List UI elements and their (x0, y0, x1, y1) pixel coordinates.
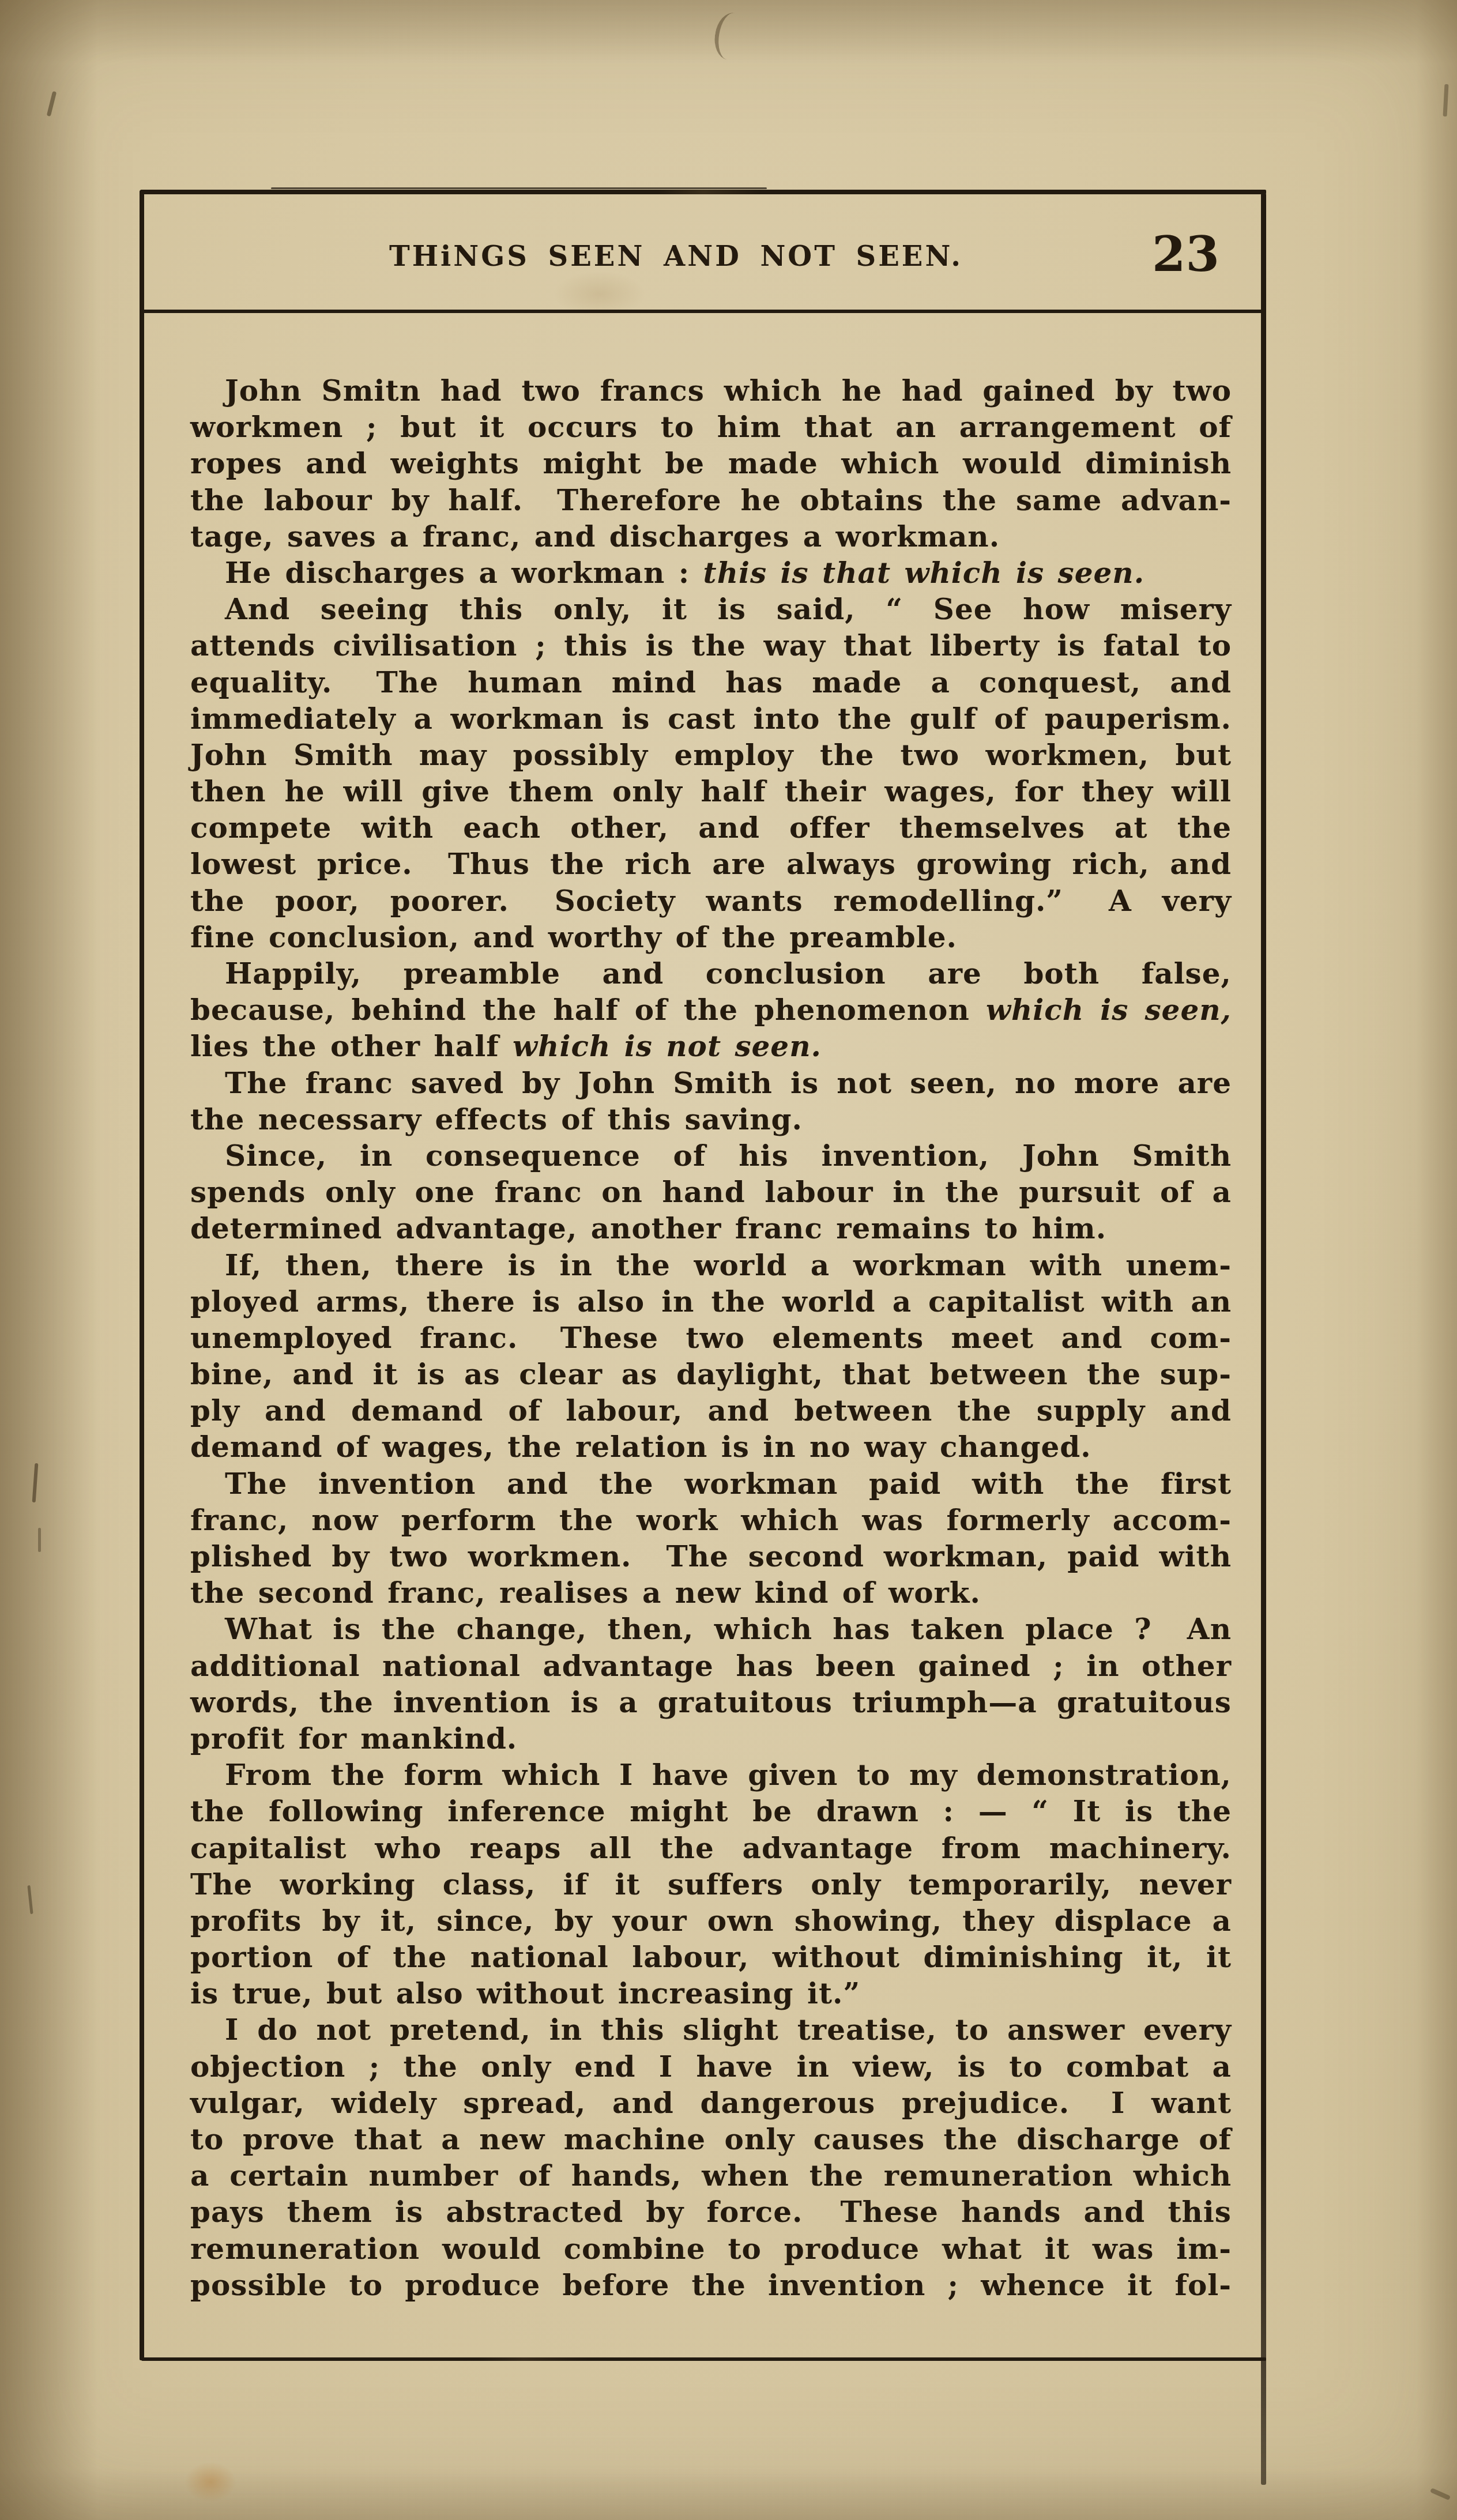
text-line: fine conclusion, and worthy of the pream… (190, 919, 1232, 955)
text-line: determined advantage, another franc rema… (190, 1210, 1232, 1246)
text-line: ployed arms, there is also in the world … (190, 1283, 1232, 1320)
text-segment: portion of the national labour, without … (190, 1940, 1232, 1974)
text-line: the second franc, realises a new kind of… (190, 1574, 1232, 1611)
text-line: the labour by half. Therefore he obtains… (190, 482, 1232, 518)
text-segment: additional national advantage has been g… (190, 1649, 1232, 1683)
text-line: attends civilisation ; this is the way t… (190, 627, 1232, 664)
text-segment: the necessary effects of this saving. (190, 1102, 803, 1136)
text-segment: ply and demand of labour, and between th… (190, 1393, 1232, 1427)
page-number: 23 (1152, 225, 1215, 282)
text-line: the following inference might be drawn :… (190, 1793, 1232, 1829)
text-segment: the second franc, realises a new kind of… (190, 1576, 981, 1610)
text-line: vulgar, widely spread, and dangerous pre… (190, 2085, 1232, 2121)
text-line: From the form which I have given to my d… (190, 1757, 1232, 1793)
text-segment: bine, and it is as clear as daylight, th… (190, 1357, 1232, 1391)
text-segment: capitalist who reaps all the advantage f… (190, 1831, 1232, 1865)
text-line: equality. The human mind has made a conq… (190, 664, 1232, 700)
text-line: lies the other half which is not seen. (190, 1028, 1232, 1064)
text-segment: words, the invention is a gratuitous tri… (190, 1685, 1232, 1719)
text-line: objection ; the only end I have in view,… (190, 2048, 1232, 2085)
scan-edge-shading-left (0, 0, 98, 2520)
text-line: bine, and it is as clear as daylight, th… (190, 1356, 1232, 1392)
text-line: workmen ; but it occurs to him that an a… (190, 409, 1232, 445)
text-segment: The franc saved by John Smith is not see… (225, 1066, 1232, 1100)
running-head-title: THiNGS SEEN AND NOT SEEN. (113, 240, 1239, 273)
right-border-rule (1261, 193, 1266, 2485)
text-segment: franc, now perform the work which was fo… (190, 1503, 1232, 1537)
text-segment: John Smitn had two francs which he had g… (225, 374, 1232, 408)
text-segment: Since, in consequence of his invention, … (225, 1139, 1232, 1173)
scan-artifact (38, 1528, 41, 1552)
text-line: because, behind the half of the phenomen… (190, 992, 1232, 1028)
text-segment: immediately a workman is cast into the g… (190, 702, 1232, 736)
text-segment: What is the change, then, which has take… (225, 1612, 1232, 1646)
scanned-book-page: THiNGS SEEN AND NOT SEEN. 23 John Smitn … (0, 0, 1457, 2520)
text-line: is true, but also without increasing it.… (190, 1975, 1232, 2012)
text-segment: The invention and the workman paid with … (225, 1467, 1232, 1501)
text-segment: then he will give them only half their w… (190, 774, 1232, 808)
text-segment: compete with each other, and offer thems… (190, 811, 1232, 845)
text-line: the necessary effects of this saving. (190, 1101, 1232, 1137)
text-line: to prove that a new machine only causes … (190, 2121, 1232, 2157)
text-block: John Smitn had two francs which he had g… (190, 372, 1232, 2303)
text-segment: is true, but also without increasing it.… (190, 1976, 860, 2010)
text-segment: profits by it, since, by your own showin… (190, 1904, 1232, 1938)
text-line: ply and demand of labour, and between th… (190, 1392, 1232, 1429)
text-segment: because, behind the half of the phenomen… (190, 993, 986, 1027)
text-line: John Smitn had two francs which he had g… (190, 372, 1232, 409)
text-segment: demand of wages, the relation is in no w… (190, 1430, 1091, 1464)
text-segment: spends only one franc on hand labour in … (190, 1175, 1232, 1209)
text-line: then he will give them only half their w… (190, 773, 1232, 809)
text-line: a certain number of hands, when the remu… (190, 2157, 1232, 2194)
text-line: remuneration would combine to produce wh… (190, 2231, 1232, 2267)
text-line: immediately a workman is cast into the g… (190, 700, 1232, 737)
left-border-rule (140, 190, 144, 2360)
text-segment: vulgar, widely spread, and dangerous pre… (190, 2086, 1232, 2120)
text-line: If, then, there is in the world a workma… (190, 1247, 1232, 1283)
text-segment: Happily, preamble and conclusion are bot… (225, 956, 1232, 990)
text-segment: the following inference might be drawn :… (190, 1794, 1232, 1828)
text-line: profits by it, since, by your own showin… (190, 1903, 1232, 1939)
text-segment: From the form which I have given to my d… (225, 1758, 1232, 1792)
text-line: tage, saves a franc, and discharges a wo… (190, 518, 1232, 555)
text-line: And seeing this only, it is said, “ See … (190, 591, 1232, 627)
text-segment: He discharges a workman : (225, 556, 703, 590)
text-segment: determined advantage, another franc rema… (190, 1211, 1106, 1245)
text-line: additional national advantage has been g… (190, 1648, 1232, 1684)
text-line: He discharges a workman : this is that w… (190, 555, 1232, 591)
text-line: compete with each other, and offer thems… (190, 809, 1232, 846)
text-segment: ployed arms, there is also in the world … (190, 1285, 1232, 1319)
text-segment: tage, saves a franc, and discharges a wo… (190, 519, 1000, 553)
scan-artifact (185, 2462, 236, 2502)
text-line: I do not pretend, in this slight treatis… (190, 2012, 1232, 2048)
text-segment: to prove that a new machine only causes … (190, 2122, 1232, 2156)
text-line: portion of the national labour, without … (190, 1939, 1232, 1975)
text-segment: objection ; the only end I have in view,… (190, 2050, 1232, 2084)
text-segment: If, then, there is in the world a workma… (225, 1248, 1232, 1282)
text-line: What is the change, then, which has take… (190, 1611, 1232, 1647)
italic-text-segment: which is seen, (986, 993, 1232, 1027)
scan-edge-shading-right (1417, 0, 1457, 2520)
text-segment: I do not pretend, in this slight treatis… (225, 2013, 1232, 2047)
text-line: Happily, preamble and conclusion are bot… (190, 955, 1232, 992)
text-segment: lowest price. Thus the rich are always g… (190, 847, 1232, 881)
text-segment: equality. The human mind has made a conq… (190, 665, 1232, 699)
text-line: capitalist who reaps all the advantage f… (190, 1830, 1232, 1866)
text-line: spends only one franc on hand labour in … (190, 1174, 1232, 1210)
text-line: lowest price. Thus the rich are always g… (190, 846, 1232, 882)
italic-text-segment: which is not seen. (513, 1029, 822, 1063)
text-line: unemployed franc. These two elements mee… (190, 1320, 1232, 1356)
text-segment: The working class, if it suffers only te… (190, 1867, 1232, 1901)
text-segment: possible to produce before the invention… (190, 2268, 1232, 2302)
text-segment: workmen ; but it occurs to him that an a… (190, 410, 1232, 444)
text-line: The franc saved by John Smith is not see… (190, 1065, 1232, 1101)
text-line: profit for mankind. (190, 1720, 1232, 1757)
text-segment: the poor, poorer. Society wants remodell… (190, 884, 1232, 918)
running-head: THiNGS SEEN AND NOT SEEN. 23 (140, 0, 1266, 323)
text-line: The working class, if it suffers only te… (190, 1866, 1232, 1903)
text-segment: attends civilisation ; this is the way t… (190, 628, 1232, 662)
text-line: pays them is abstracted by force. These … (190, 2194, 1232, 2230)
text-line: Since, in consequence of his invention, … (190, 1137, 1232, 1174)
text-line: plished by two workmen. The second workm… (190, 1538, 1232, 1574)
text-segment: pays them is abstracted by force. These … (190, 2195, 1232, 2229)
text-line: words, the invention is a gratuitous tri… (190, 1684, 1232, 1720)
italic-text-segment: this is that which is seen. (703, 556, 1145, 590)
text-segment: plished by two workmen. The second workm… (190, 1539, 1232, 1573)
text-segment: fine conclusion, and worthy of the pream… (190, 920, 957, 954)
text-segment: profit for mankind. (190, 1722, 517, 1756)
text-line: franc, now perform the work which was fo… (190, 1502, 1232, 1538)
bottom-border-rule (141, 2357, 1266, 2361)
text-segment: unemployed franc. These two elements mee… (190, 1321, 1232, 1355)
text-segment: John Smith may possibly employ the two w… (190, 738, 1232, 772)
text-line: the poor, poorer. Society wants remodell… (190, 883, 1232, 919)
text-segment: ropes and weights might be made which wo… (190, 446, 1232, 480)
text-segment: remuneration would combine to produce wh… (190, 2232, 1232, 2266)
text-segment: And seeing this only, it is said, “ See … (225, 592, 1232, 626)
text-line: demand of wages, the relation is in no w… (190, 1429, 1232, 1465)
text-line: ropes and weights might be made which wo… (190, 445, 1232, 481)
text-segment: the labour by half. Therefore he obtains… (190, 483, 1232, 517)
text-line: John Smith may possibly employ the two w… (190, 737, 1232, 773)
text-segment: a certain number of hands, when the remu… (190, 2159, 1232, 2193)
text-segment: lies the other half (190, 1029, 513, 1063)
text-line: possible to produce before the invention… (190, 2267, 1232, 2303)
text-line: The invention and the workman paid with … (190, 1466, 1232, 1502)
